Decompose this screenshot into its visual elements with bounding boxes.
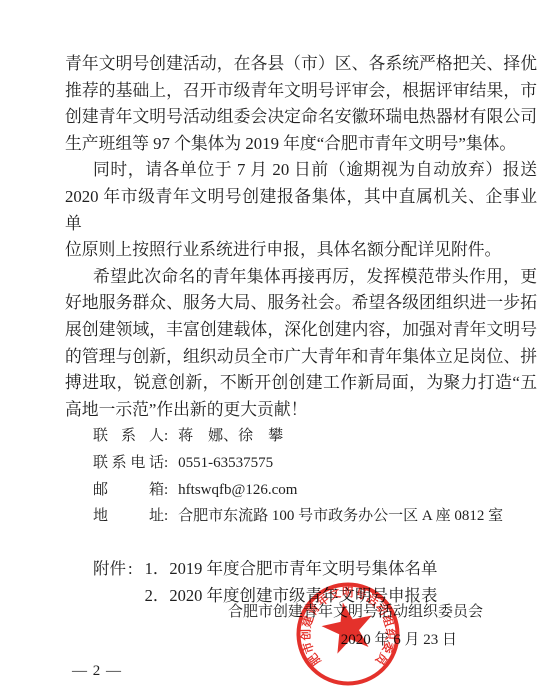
body-line: 推荐的基础上，召开市级青年文明号评审会，根据评审结果，市 <box>65 78 537 105</box>
body-line: 创建青年文明号活动组委会决定命名安徽环瑞电热器材有限公司 <box>65 104 537 131</box>
contact-phone-row: 联系电话:0551-63537575 <box>65 450 537 477</box>
body-line: 位原则上按照行业系统进行申报，具体名额分配详见附件。 <box>65 237 537 264</box>
signature-date: 2020 年 6 月 23 日 <box>65 630 537 650</box>
contact-phone-label: 联系电话 <box>93 450 164 477</box>
page-number: — 2 — <box>72 663 122 680</box>
body-line: 希望此次命名的青年集体再接再厉，发挥模范带头作用，更 <box>65 264 537 291</box>
contact-email-row: 邮箱:hftswqfb@126.com <box>65 477 537 504</box>
body-line: 青年文明号创建活动，在各县（市）区、各系统严格把关、择优 <box>65 51 537 78</box>
body-line: 同时，请各单位于 7 月 20 日前（逾期视为自动放弃）报送 <box>65 157 537 184</box>
contact-email-value: hftswqfb@126.com <box>178 482 297 498</box>
body-line: 展创建领域，丰富创建载体，深化创建内容，加强对青年文明号 <box>65 317 537 344</box>
signature-organization: 合肥市创建青年文明号活动组织委员会 <box>65 602 537 622</box>
contact-address-row: 地址:合肥市东流路 100 号市政务办公一区 A 座 0812 室 <box>65 503 537 530</box>
contact-person-value: 蒋 娜、徐 攀 <box>178 428 283 444</box>
colon: : <box>164 503 168 530</box>
contact-email-label: 邮箱 <box>93 477 164 504</box>
colon: : <box>164 423 168 450</box>
contact-person-label: 联系人 <box>93 423 164 450</box>
blank-line <box>65 530 537 557</box>
body-line: 生产班组等 97 个集体为 2019 年度“合肥市青年文明号”集体。 <box>65 131 537 158</box>
contact-address-value: 合肥市东流路 100 号市政务办公一区 A 座 0812 室 <box>178 508 503 524</box>
body-line: 的管理与创新，组织动员全市广大青年和青年集体立足岗位、拼 <box>65 344 537 371</box>
body-line: 搏进取，锐意创新，不断开创创建工作新局面，为聚力打造“五 <box>65 370 537 397</box>
contact-phone-value: 0551-63537575 <box>178 455 273 471</box>
document-body: 青年文明号创建活动，在各县（市）区、各系统严格把关、择优 推荐的基础上，召开市级… <box>65 51 537 609</box>
attachment-item: 1．2019 年度合肥市青年文明号集体名单 <box>145 556 438 583</box>
body-line: 2020 年市级青年文明号创建报备集体，其中直属机关、企事业单 <box>65 184 537 237</box>
contact-address-label: 地址 <box>93 503 164 530</box>
colon: : <box>164 477 168 504</box>
body-line: 高地一示范”作出新的更大贡献！ <box>65 397 537 424</box>
document-page: 青年文明号创建活动，在各县（市）区、各系统严格把关、择优 推荐的基础上，召开市级… <box>0 0 546 689</box>
contact-person-row: 联系人:蒋 娜、徐 攀 <box>65 423 537 450</box>
body-line: 好地服务群众、服务大局、服务社会。希望各级团组织进一步拓 <box>65 290 537 317</box>
colon: : <box>164 450 168 477</box>
